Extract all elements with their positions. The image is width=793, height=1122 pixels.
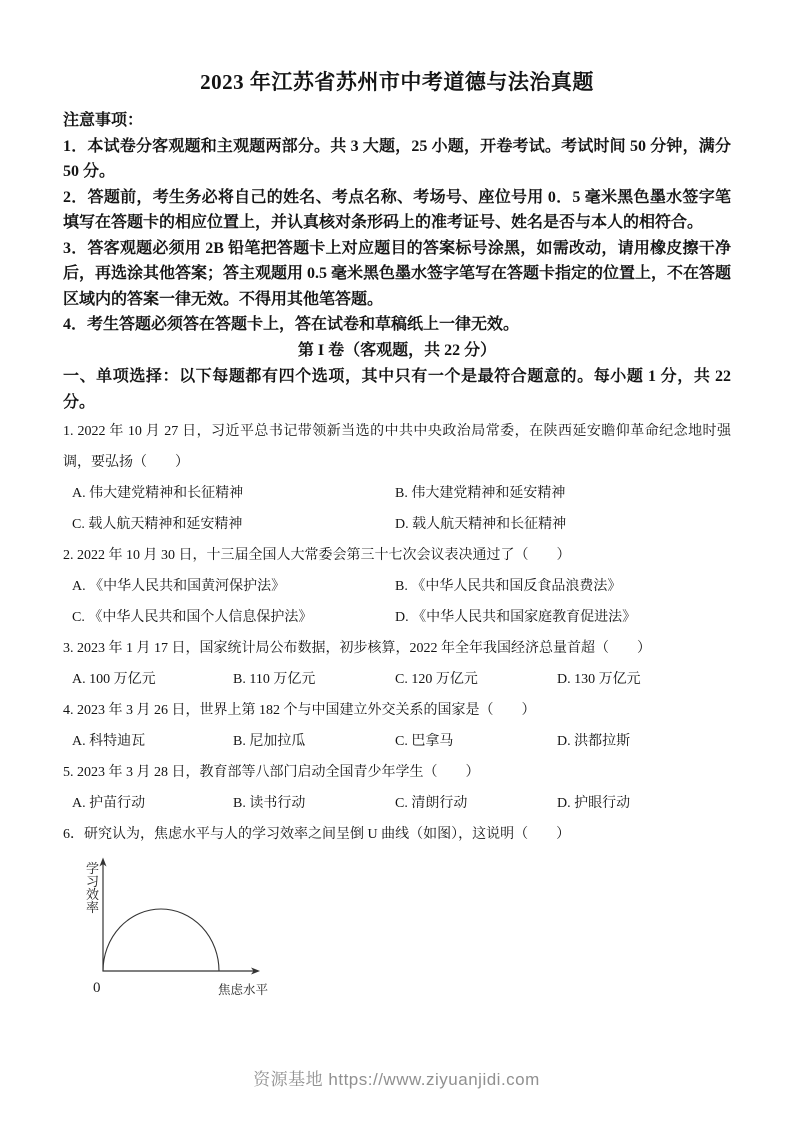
question-5-options: A. 护苗行动 B. 读书行动 C. 清朗行动 D. 护眼行动	[63, 788, 731, 819]
notice-heading: 注意事项：	[63, 108, 731, 134]
option-b: B. 伟大建党精神和延安精神	[395, 478, 731, 509]
question-3: 3. 2023 年 1 月 17 日，国家统计局公布数据，初步核算，2022 年…	[63, 633, 731, 695]
option-d: D. 《中华人民共和国家庭教育促进法》	[395, 602, 731, 633]
question-6: 6．研究认为，焦虑水平与人的学习效率之间呈倒 U 曲线（如图），这说明（ ） 学…	[63, 819, 731, 1001]
footer-site-link[interactable]: 资源基地 https://www.ziyuanjidi.com	[253, 1070, 540, 1089]
option-a: A. 科特迪瓦	[72, 726, 233, 757]
question-1-options: A. 伟大建党精神和长征精神 B. 伟大建党精神和延安精神 C. 载人航天精神和…	[63, 478, 731, 540]
question-4-stem: 4. 2023 年 3 月 26 日，世界上第 182 个与中国建立外交关系的国…	[63, 695, 731, 726]
notice-item-3: 3．答客观题必须用 2B 铅笔把答题卡上对应题目的答案标号涂黑，如需改动，请用橡…	[63, 236, 731, 313]
option-c: C. 载人航天精神和延安精神	[72, 509, 395, 540]
option-c: C. 120 万亿元	[395, 664, 557, 695]
option-b: B. 读书行动	[233, 788, 395, 819]
section-intro: 一、单项选择：以下每题都有四个选项，其中只有一个是最符合题意的。每小题 1 分，…	[63, 364, 731, 416]
x-axis-label: 焦虑水平	[218, 975, 268, 1006]
notice-item-1: 1．本试卷分客观题和主观题两部分。共 3 大题，25 小题，开卷考试。考试时间 …	[63, 134, 731, 185]
option-d: D. 洪都拉斯	[557, 726, 731, 757]
question-2-stem: 2. 2022 年 10 月 30 日，十三届全国人大常委会第三十七次会议表决通…	[63, 540, 731, 571]
section-title: 第 I 卷（客观题，共 22 分）	[63, 338, 731, 364]
option-d: D. 护眼行动	[557, 788, 731, 819]
notice-item-2: 2．答题前，考生务必将自己的姓名、考点名称、考场号、座位号用 0．5 毫米黑色墨…	[63, 185, 731, 236]
question-5: 5. 2023 年 3 月 28 日，教育部等八部门启动全国青少年学生（ ） A…	[63, 757, 731, 819]
option-a: A. 100 万亿元	[72, 664, 233, 695]
question-4-options: A. 科特迪瓦 B. 尼加拉瓜 C. 巴拿马 D. 洪都拉斯	[63, 726, 731, 757]
inverted-u-curve-chart	[85, 856, 325, 1001]
question-5-stem: 5. 2023 年 3 月 28 日，教育部等八部门启动全国青少年学生（ ）	[63, 757, 731, 788]
question-1-stem: 1. 2022 年 10 月 27 日，习近平总书记带领新当选的中共中央政治局常…	[63, 416, 731, 478]
option-d: D. 载人航天精神和长征精神	[395, 509, 731, 540]
option-a: A. 《中华人民共和国黄河保护法》	[72, 571, 395, 602]
question-3-stem: 3. 2023 年 1 月 17 日，国家统计局公布数据，初步核算，2022 年…	[63, 633, 731, 664]
option-c: C. 《中华人民共和国个人信息保护法》	[72, 602, 395, 633]
footer: 资源基地 https://www.ziyuanjidi.com	[0, 1065, 793, 1090]
question-1: 1. 2022 年 10 月 27 日，习近平总书记带领新当选的中共中央政治局常…	[63, 416, 731, 540]
notice-section: 注意事项： 1．本试卷分客观题和主观题两部分。共 3 大题，25 小题，开卷考试…	[63, 108, 731, 338]
option-c: C. 清朗行动	[395, 788, 557, 819]
option-a: A. 护苗行动	[72, 788, 233, 819]
question-list: 1. 2022 年 10 月 27 日，习近平总书记带领新当选的中共中央政治局常…	[63, 416, 731, 1001]
option-b: B. 110 万亿元	[233, 664, 395, 695]
option-d: D. 130 万亿元	[557, 664, 731, 695]
question-3-options: A. 100 万亿元 B. 110 万亿元 C. 120 万亿元 D. 130 …	[63, 664, 731, 695]
question-6-stem: 6．研究认为，焦虑水平与人的学习效率之间呈倒 U 曲线（如图），这说明（ ）	[63, 819, 731, 850]
inverted-u-curve	[103, 909, 219, 971]
question-2: 2. 2022 年 10 月 30 日，十三届全国人大常委会第三十七次会议表决通…	[63, 540, 731, 633]
question-2-options: A. 《中华人民共和国黄河保护法》 B. 《中华人民共和国反食品浪费法》 C. …	[63, 571, 731, 633]
notice-item-4: 4．考生答题必须答在答题卡上，答在试卷和草稿纸上一律无效。	[63, 312, 731, 338]
question-4: 4. 2023 年 3 月 26 日，世界上第 182 个与中国建立外交关系的国…	[63, 695, 731, 757]
option-a: A. 伟大建党精神和长征精神	[72, 478, 395, 509]
exam-document: 2023 年江苏省苏州市中考道德与法治真题 注意事项： 1．本试卷分客观题和主观…	[0, 0, 793, 1001]
origin-label: 0	[93, 973, 101, 1004]
option-c: C. 巴拿马	[395, 726, 557, 757]
y-axis-label: 学习效率	[86, 862, 99, 914]
page-title: 2023 年江苏省苏州市中考道德与法治真题	[63, 66, 731, 96]
option-b: B. 《中华人民共和国反食品浪费法》	[395, 571, 731, 602]
anxiety-efficiency-figure: 学习效率 0 焦虑水平	[85, 856, 325, 1001]
option-b: B. 尼加拉瓜	[233, 726, 395, 757]
